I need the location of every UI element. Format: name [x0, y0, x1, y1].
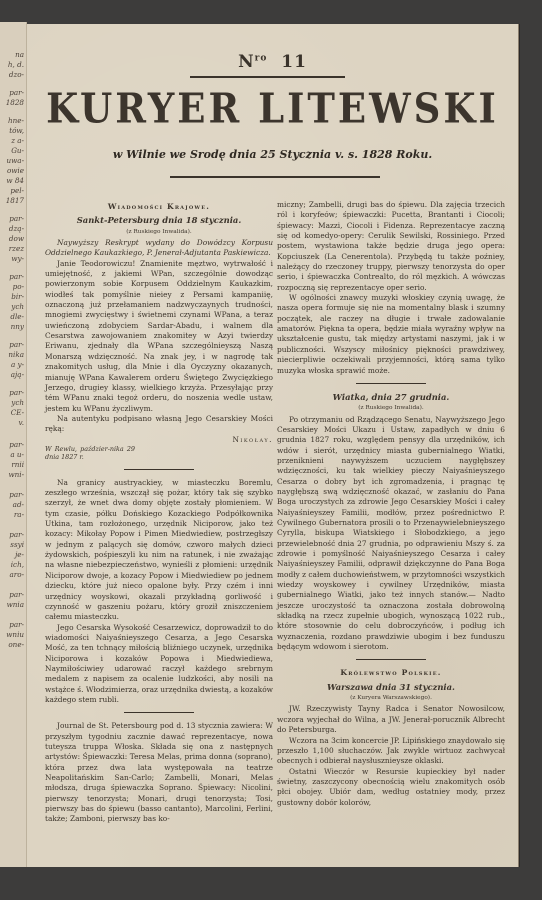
previous-page-fragment: par-: [0, 272, 24, 282]
rule-top: [190, 76, 345, 78]
section-header-poland: Królewstwo Polskie.: [277, 668, 505, 678]
separator: [124, 469, 194, 470]
previous-page-fragment: nny: [0, 322, 24, 332]
previous-page-fragment: aro-: [0, 570, 24, 580]
previous-page-fragment: bir-: [0, 292, 24, 302]
signature: Nikołay.: [45, 435, 273, 445]
previous-page-fragment: ad-: [0, 500, 24, 510]
previous-page-fragment: z a-: [0, 136, 24, 146]
separator: [356, 659, 426, 660]
previous-page-fragment: ra-: [0, 510, 24, 520]
previous-page-fragment: ssyi: [0, 540, 24, 550]
rule-bottom: [170, 176, 380, 178]
previous-page-fragment: nika: [0, 350, 24, 360]
previous-page-fragment: wniu: [0, 630, 24, 640]
newspaper-page: Nro 11 KURYER LITEWSKI w Wilnie we Srodę…: [27, 24, 519, 867]
previous-page-fragment: v.: [0, 418, 24, 428]
previous-page-fragment: dle-: [0, 312, 24, 322]
paragraph: Jego Cesarska Wysokość Cesarzewicz, dopr…: [45, 623, 273, 706]
dateline: w Wilnie we Srodę dnia 25 Stycznia v. s.…: [27, 148, 518, 161]
place-date-note: W Rewlu, paździer-nika 29 dnia 1827 r.: [45, 445, 135, 462]
paragraph: Janie Teodorowiczu! Znamienite męztwo, w…: [45, 259, 273, 414]
paragraph: Naywyższy Reskrypt wydany do Dowódzcy Ko…: [45, 238, 273, 259]
previous-page-edge: nah, d.dzo-par-1828hne-tów,z a-Gu-uwa-ow…: [0, 22, 27, 867]
previous-page-fragment: par-: [0, 340, 24, 350]
source-note: (z Ruskiego Inwalida).: [45, 227, 273, 237]
left-column: Wiadomości Krajowe. Sankt-Petersburg dni…: [45, 200, 273, 825]
previous-page-fragment: par-: [0, 88, 24, 98]
previous-page-fragment: one-: [0, 640, 24, 650]
dateline-wiatka: Wiatka, dnia 27 grudnia.: [277, 392, 505, 402]
previous-page-fragment: par-: [0, 590, 24, 600]
previous-page-fragment: a u-: [0, 450, 24, 460]
previous-page-fragment: par-: [0, 388, 24, 398]
previous-page-fragment: par-: [0, 214, 24, 224]
right-column: miczny; Zambelli, drugi bas do śpiewu. D…: [277, 200, 505, 808]
previous-page-fragment: rzez: [0, 244, 24, 254]
section-header-domestic: Wiadomości Krajowe.: [45, 202, 273, 212]
paragraph: Na granicy austryackiey, w miasteczku Bo…: [45, 478, 273, 623]
previous-page-fragment: uwa-: [0, 156, 24, 166]
previous-page-fragment: owie: [0, 166, 24, 176]
previous-page-fragment: par-: [0, 440, 24, 450]
previous-page-fragment: na: [0, 50, 24, 60]
newspaper-title: KURYER LITEWSKI: [27, 84, 518, 132]
previous-page-fragment: wy-: [0, 254, 24, 264]
previous-page-fragment: pel-: [0, 186, 24, 196]
paragraph: Na autentyku podpisano własną Jego Cesar…: [45, 414, 273, 435]
previous-page-fragment: ich,: [0, 560, 24, 570]
previous-page-fragment: tów,: [0, 126, 24, 136]
separator: [124, 712, 194, 713]
previous-page-fragment: ych: [0, 302, 24, 312]
issue-number: Nro 11: [27, 52, 518, 72]
previous-page-fragment: ych: [0, 398, 24, 408]
previous-page-fragment: w 84: [0, 176, 24, 186]
previous-page-fragment: hne-: [0, 116, 24, 126]
previous-page-fragment: dzo-: [0, 70, 24, 80]
previous-page-fragment: dow: [0, 234, 24, 244]
paragraph: Ostatni Wieczór w Resursie kupieckiey by…: [277, 767, 505, 808]
previous-page-fragment: CE-: [0, 408, 24, 418]
previous-page-fragment: ają-: [0, 370, 24, 380]
paragraph: Wczora na 3cim koncercie JP. Lipińskiego…: [277, 736, 505, 767]
paragraph: W ogólności znawcy muzyki włoskiey czyni…: [277, 293, 505, 376]
source-note: (z Kuryera Warszawskiego).: [277, 693, 505, 703]
paragraph: miczny; Zambelli, drugi bas do śpiewu. D…: [277, 200, 505, 293]
previous-page-fragment: wni-: [0, 470, 24, 480]
previous-page-fragment: par-: [0, 620, 24, 630]
previous-page-fragment: par-: [0, 530, 24, 540]
paragraph: JW. Rzeczywisty Tayny Radca i Senator No…: [277, 704, 505, 735]
source-note: (z Ruskiego Inwalida).: [277, 403, 505, 413]
previous-page-fragment: wnia: [0, 600, 24, 610]
previous-page-fragment: rnii: [0, 460, 24, 470]
previous-page-fragment: po-: [0, 282, 24, 292]
previous-page-fragment: dzą-: [0, 224, 24, 234]
previous-page-fragment: h, d.: [0, 60, 24, 70]
previous-page-fragment: par-: [0, 490, 24, 500]
previous-page-fragment: a y-: [0, 360, 24, 370]
previous-page-fragment: 1817: [0, 196, 24, 206]
dateline-petersburg: Sankt-Petersburg dnia 18 stycznia.: [45, 215, 273, 225]
dateline-warsaw: Warszawa dnia 31 stycznia.: [277, 682, 505, 692]
previous-page-fragment: Gu-: [0, 146, 24, 156]
separator: [356, 383, 426, 384]
previous-page-fragment: je-: [0, 550, 24, 560]
paragraph: Po otrzymaniu od Rządzącego Senatu, Nayw…: [277, 415, 505, 653]
previous-page-fragment: 1828: [0, 98, 24, 108]
paragraph: Journal de St. Petersbourg pod d. 13 sty…: [45, 721, 273, 824]
